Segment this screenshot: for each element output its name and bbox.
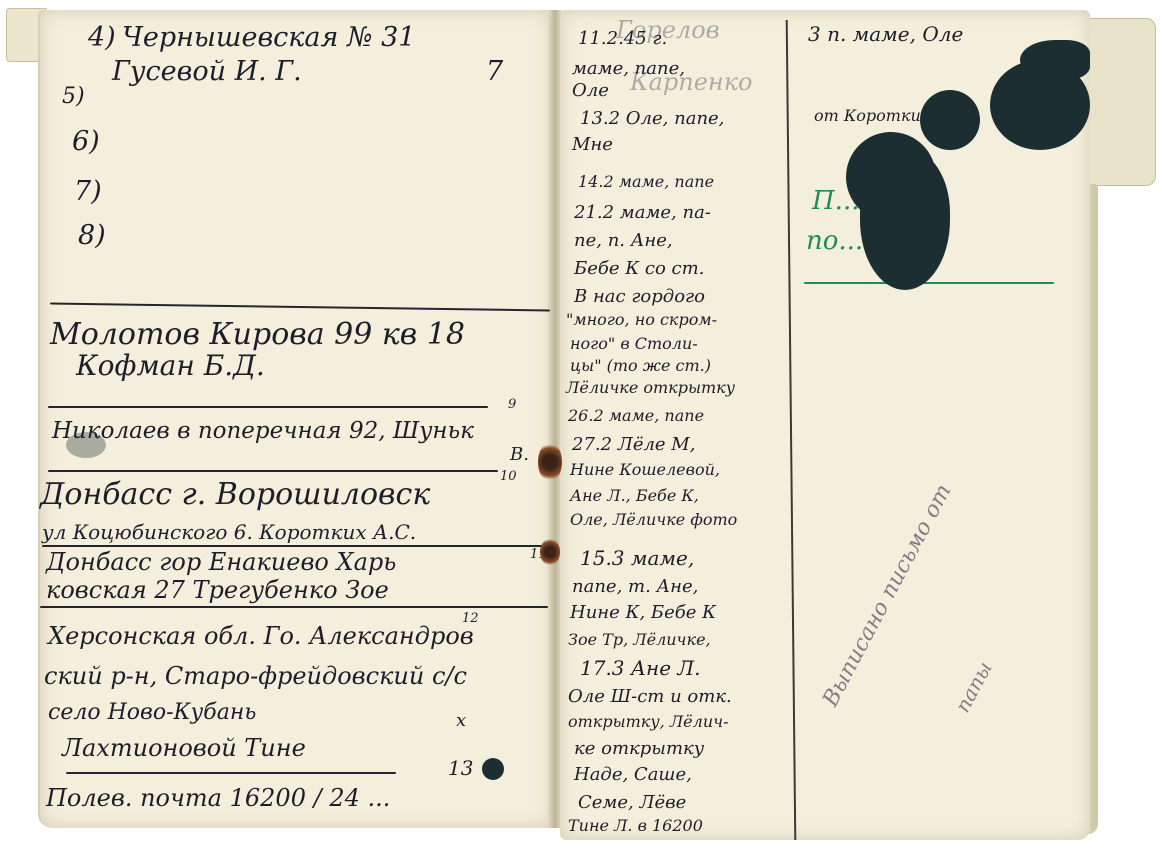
staple-hole bbox=[540, 538, 560, 566]
entry-address: Донбасс гор Енакиево Харь bbox=[46, 550, 396, 574]
log-line: Оле, Лёличке фото bbox=[570, 512, 737, 528]
log-line: 26.2 маме, папе bbox=[568, 408, 704, 424]
log-line: цы" (то же ст.) bbox=[570, 358, 711, 374]
ink-dot bbox=[482, 758, 504, 780]
entry-name: Кофман Б.Д. bbox=[76, 352, 265, 380]
divider-line bbox=[40, 606, 548, 608]
list-item-number-4: 4) bbox=[88, 24, 116, 51]
log-line: Мне bbox=[572, 136, 613, 154]
log-line: 17.3 Ане Л. bbox=[580, 658, 700, 678]
entry-address: Молотов Кирова 99 кв 18 bbox=[50, 320, 465, 350]
log-line: 13.2 Оле, папе, bbox=[580, 110, 724, 128]
log-line: Ане Л., Бебе К, bbox=[570, 488, 699, 504]
log-line: 11.2.45 г. bbox=[578, 30, 667, 48]
folded-flap bbox=[1088, 18, 1156, 186]
log-line: открытку, Лёлич- bbox=[568, 714, 728, 730]
address-line: Чернышевская № 31 bbox=[122, 24, 415, 51]
entry-address: ул Коцюбинского 6. Коротких А.С. bbox=[42, 522, 416, 542]
ink-blot bbox=[1020, 40, 1090, 80]
log-line: Лёличке открытку bbox=[566, 380, 735, 396]
log-line: Бебе К со ст. bbox=[574, 260, 704, 278]
log-line: Зое Тр, Лёличке, bbox=[568, 632, 711, 648]
staple-hole bbox=[538, 442, 562, 482]
ink-blot bbox=[920, 90, 980, 150]
page-number: 7 bbox=[486, 58, 503, 85]
green-underline bbox=[804, 282, 1054, 284]
entry-address: Полев. почта 16200 / 24 ... bbox=[46, 786, 390, 810]
log-line: Оле bbox=[572, 82, 609, 100]
entry-address: село Ново-Кубань bbox=[48, 702, 256, 724]
list-item-number-5: 5) bbox=[62, 86, 85, 108]
margin-mark: х bbox=[456, 712, 466, 730]
entry-address: Донбасс г. Ворошиловск bbox=[40, 480, 430, 510]
entry-number: 13 bbox=[448, 758, 473, 778]
log-line: ке открытку bbox=[574, 740, 704, 758]
log-line: 3 п. маме, Оле bbox=[808, 24, 963, 44]
log-line: папе, т. Ане, bbox=[572, 578, 698, 596]
log-line: Наде, Саше, bbox=[574, 766, 692, 784]
list-item-number-6: 6) bbox=[72, 128, 100, 155]
ink-blot bbox=[860, 150, 950, 290]
divider-line bbox=[48, 470, 498, 472]
list-item-number-7: 7) bbox=[74, 178, 102, 205]
log-line: 21.2 маме, па- bbox=[574, 204, 711, 222]
entry-address: ковская 27 Трегубенко Зое bbox=[46, 578, 389, 602]
entry-address: Николаев в поперечная 92, Шуньк bbox=[52, 420, 474, 443]
entry-name: Лахтионовой Тине bbox=[62, 736, 306, 760]
divider-line bbox=[48, 406, 488, 408]
log-line: Оле Ш-ст и отк. bbox=[568, 688, 732, 706]
smudge-mark bbox=[66, 432, 106, 458]
log-line: В нас гордого bbox=[574, 288, 705, 306]
entry-address: Херсонская обл. Го. Александров bbox=[48, 624, 474, 648]
log-line: Нине К, Бебе К bbox=[570, 604, 716, 622]
entry-number: 9 bbox=[508, 398, 516, 411]
log-line: 14.2 маме, папе bbox=[578, 174, 714, 190]
log-line: 27.2 Лёле М, bbox=[572, 436, 695, 454]
log-line: "много, но скром- bbox=[566, 312, 717, 328]
entry-address: ский р-н, Старо-фрейдовский с/с bbox=[44, 664, 467, 688]
log-line: Нине Кошелевой, bbox=[570, 462, 720, 478]
log-line: Тине Л. в 16200 bbox=[568, 818, 703, 834]
entry-name: В. bbox=[510, 446, 529, 464]
log-line: маме, папе, bbox=[572, 60, 685, 78]
log-line: Семе, Лёве bbox=[578, 794, 686, 812]
log-line: пе, п. Ане, bbox=[574, 232, 673, 250]
list-item-number-8: 8) bbox=[78, 222, 106, 249]
divider-line bbox=[42, 545, 548, 547]
divider-line bbox=[66, 772, 396, 774]
log-line: 15.3 маме, bbox=[580, 548, 694, 568]
entry-number: 10 bbox=[500, 470, 517, 483]
log-line: ного" в Столи- bbox=[570, 336, 698, 352]
recipient-name: Гусевой И. Г. bbox=[112, 58, 302, 85]
log-line: от Коротких bbox=[814, 108, 930, 124]
